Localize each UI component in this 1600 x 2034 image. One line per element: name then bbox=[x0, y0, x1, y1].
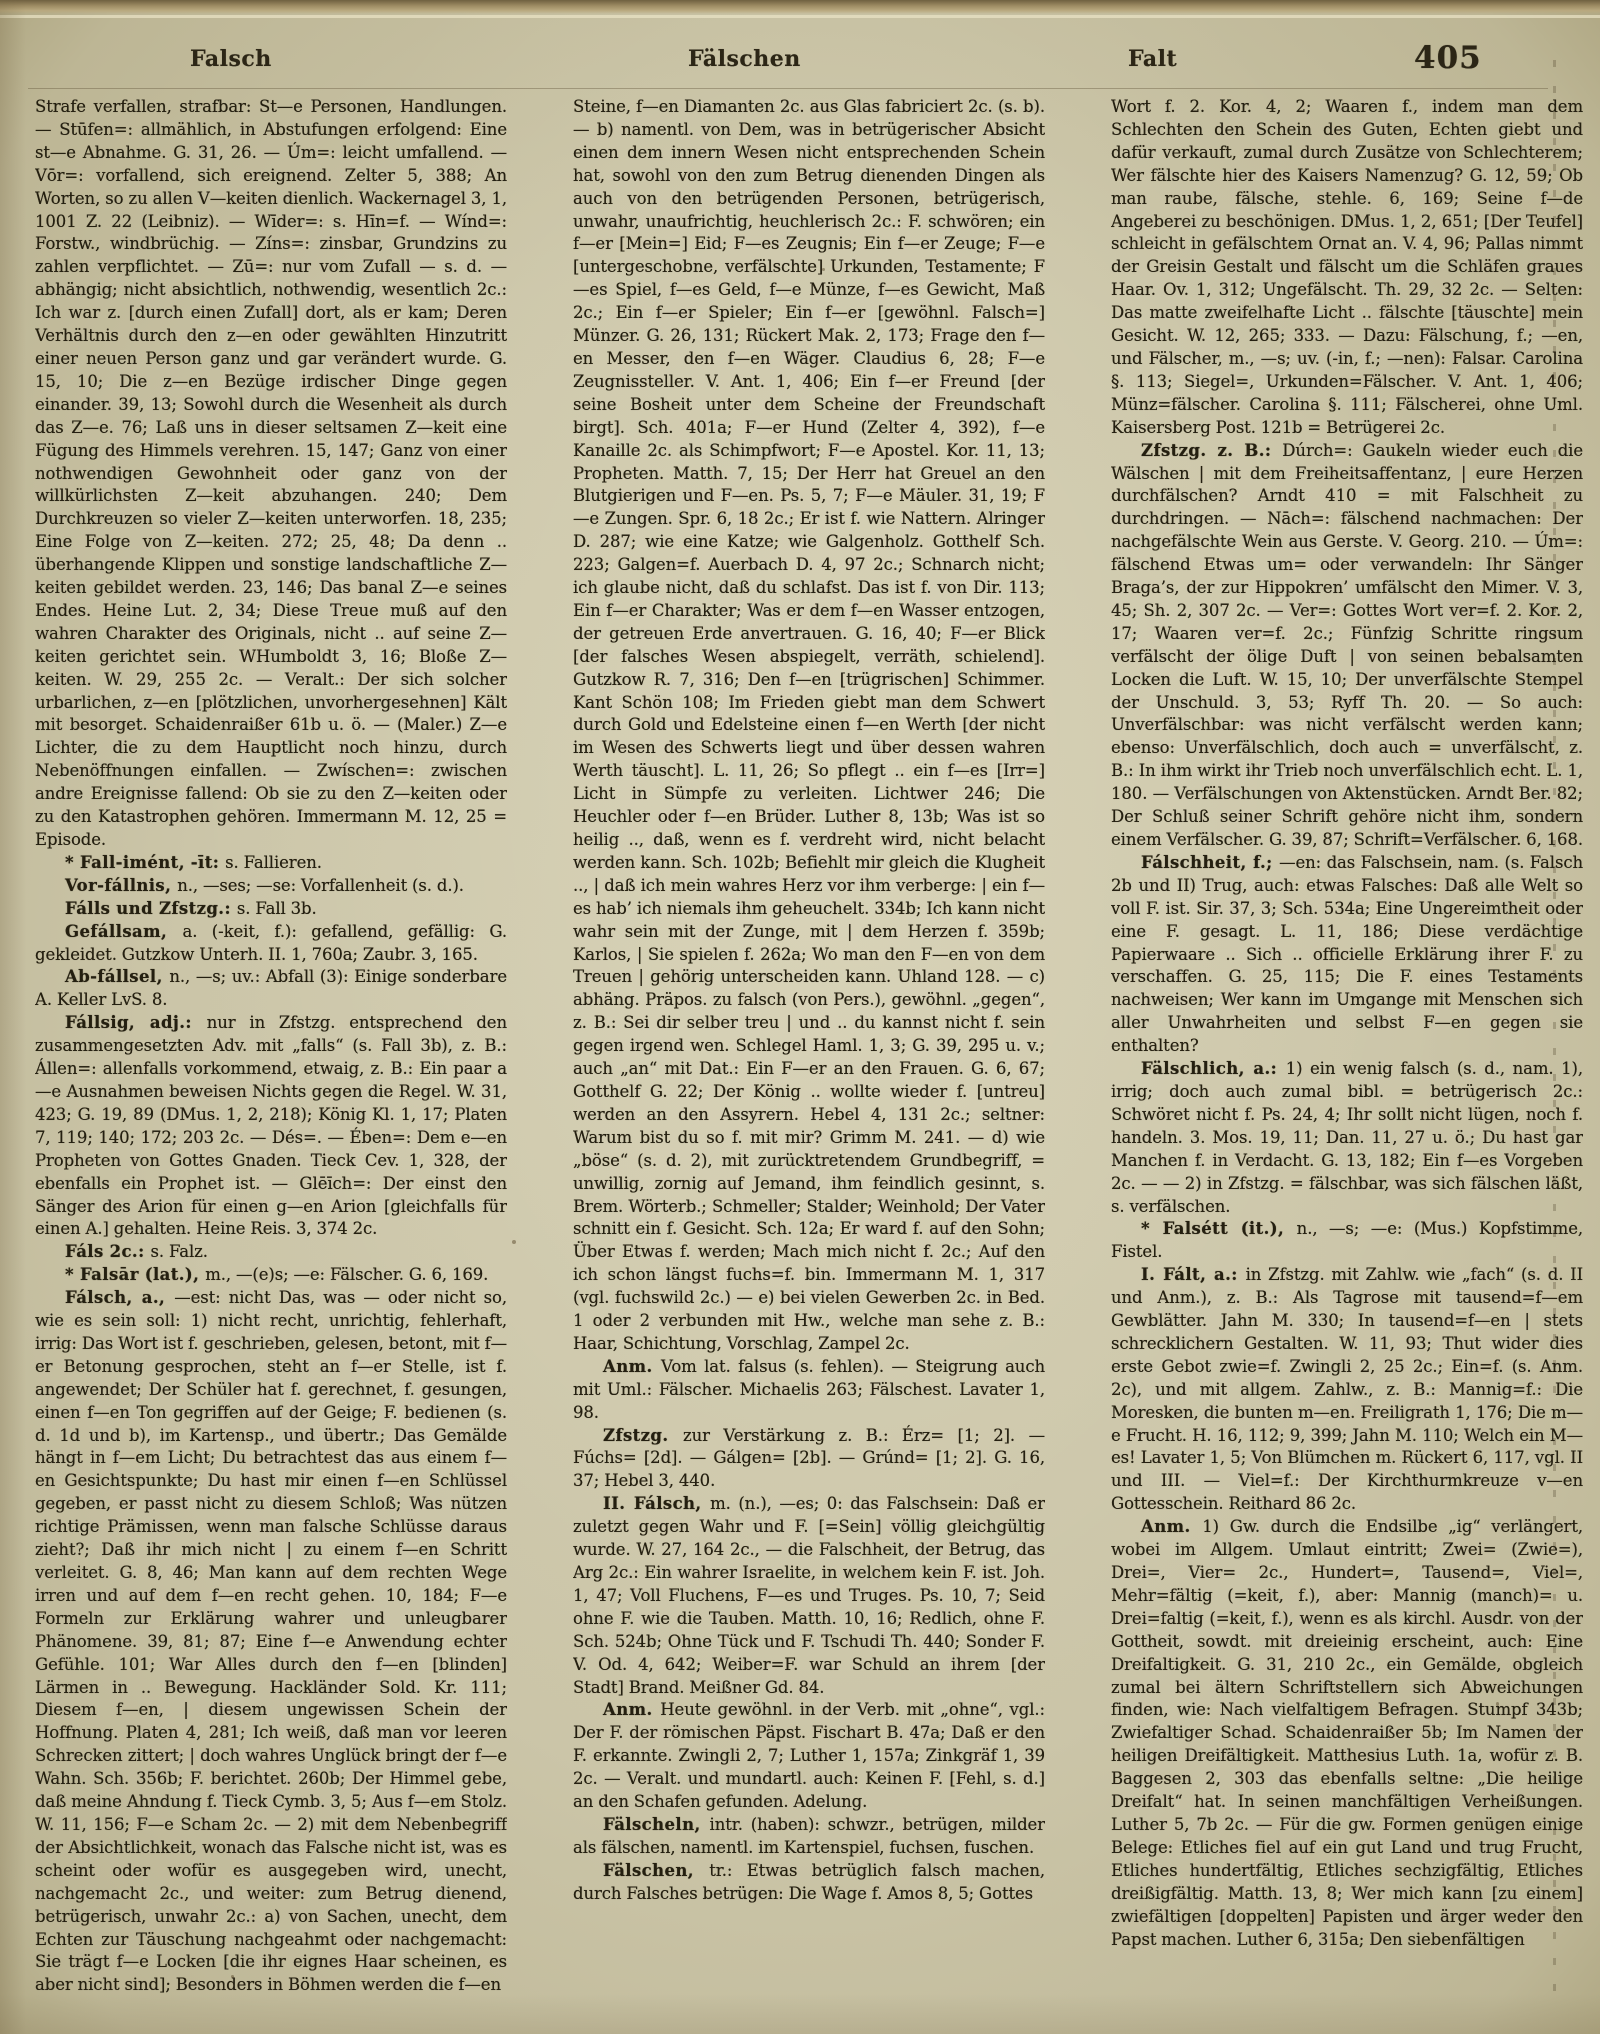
text-paragraph: Steine, f—en Diamanten 2c. aus Glas fabr… bbox=[573, 96, 1045, 1356]
dictionary-entry: II. Fálsch, m. (n.), —es; 0: das Falschs… bbox=[573, 1493, 1045, 1699]
entry-headword: Fälscheln, bbox=[603, 1815, 710, 1834]
entry-headword: Fálsch, a., bbox=[65, 1288, 174, 1307]
entry-headword: Zfstzg. bbox=[603, 1426, 683, 1445]
dictionary-entry: Fälschlich, a.: 1) ein wenig falsch (s. … bbox=[1111, 1058, 1583, 1218]
dictionary-entry: Gefállsam, a. (-keit, f.): gefallend, ge… bbox=[35, 921, 507, 967]
entry-headword: Gefállsam, bbox=[65, 922, 183, 941]
text-column-1: Strafe verfallen, strafbar: St—e Persone… bbox=[35, 96, 507, 2006]
entry-headword: Anm. bbox=[603, 1357, 661, 1376]
dictionary-entry: Fállsig, adj.: nur in Zfstzg. entspreche… bbox=[35, 1012, 507, 1241]
text-paragraph: Strafe verfallen, strafbar: St—e Persone… bbox=[35, 96, 507, 852]
entry-headword: Ab-fállsel, bbox=[65, 967, 169, 986]
dictionary-entry: Fálschheit, f.; —en: das Falschsein, nam… bbox=[1111, 852, 1583, 1058]
dictionary-entry: Ab-fállsel, n., —s; uv.: Abfall (3): Ein… bbox=[35, 966, 507, 1012]
dictionary-entry: Fälschen, tr.: Etwas betrüglich falsch m… bbox=[573, 1860, 1045, 1906]
paper-speck bbox=[231, 1975, 234, 1978]
dictionary-entry: * Falsétt (it.), n., —s; —e: (Mus.) Kopf… bbox=[1111, 1218, 1583, 1264]
paper-speck bbox=[512, 1240, 516, 1244]
paper-crease bbox=[0, 15, 1600, 18]
scan-top-edge bbox=[0, 0, 1600, 14]
entry-headword: Anm. bbox=[1141, 1517, 1202, 1536]
paper-speck bbox=[1496, 1702, 1499, 1706]
paper-speck bbox=[822, 268, 825, 271]
page-left-shadow bbox=[0, 0, 26, 2034]
dictionary-entry: Fälscheln, intr. (haben): schwzr., betrü… bbox=[573, 1814, 1045, 1860]
page-number: 405 bbox=[1414, 40, 1482, 76]
running-head: Falsch Fälschen Falt 405 bbox=[0, 46, 1600, 80]
dictionary-entry: Anm. 1) Gw. durch die Endsilbe „ig“ verl… bbox=[1111, 1516, 1583, 1951]
running-head-keyword-left: Falsch bbox=[190, 46, 272, 72]
header-rule bbox=[28, 88, 1548, 89]
entry-headword: Fälschen, bbox=[603, 1861, 709, 1880]
page-body: Strafe verfallen, strafbar: St—e Persone… bbox=[35, 96, 1583, 2006]
dictionary-entry: Vor-fállnis, n., —ses; —se: Vorfallenhei… bbox=[35, 875, 507, 898]
dictionary-entry: Zfstzg. z. B.: Dúrch=: Gaukeln wieder eu… bbox=[1111, 440, 1583, 852]
dictionary-entry: Fálls und Zfstzg.: s. Fall 3b. bbox=[35, 898, 507, 921]
dictionary-entry: Zfstzg. zur Verstärkung z. B.: Érz= [1; … bbox=[573, 1425, 1045, 1494]
dictionary-entry: I. Fált, a.: in Zfstzg. mit Zahlw. wie „… bbox=[1111, 1264, 1583, 1516]
running-head-keyword-right: Falt bbox=[1128, 46, 1177, 72]
dictionary-entry: * Falsār (lat.), m., —(e)s; —e: Fälscher… bbox=[35, 1264, 507, 1287]
dictionary-entry: Fálsch, a., —est: nicht Das, was — oder … bbox=[35, 1287, 507, 1997]
entry-headword: Zfstzg. z. B.: bbox=[1141, 441, 1282, 460]
entry-headword: Anm. bbox=[603, 1700, 660, 1719]
scanned-dictionary-page: { "page": { "number": "405", "header": {… bbox=[0, 0, 1600, 2034]
entry-headword: Fálls und Zfstzg.: bbox=[65, 899, 237, 918]
text-paragraph: Wort f. 2. Kor. 4, 2; Waaren f., indem m… bbox=[1111, 96, 1583, 440]
entry-headword: I. Fált, a.: bbox=[1141, 1265, 1246, 1284]
text-column-2: Steine, f—en Diamanten 2c. aus Glas fabr… bbox=[573, 96, 1045, 2006]
running-head-keyword-center: Fälschen bbox=[688, 46, 801, 72]
entry-headword: Fälschlich, a.: bbox=[1141, 1059, 1286, 1078]
dictionary-entry: Anm. Vom lat. falsus (s. fehlen). — Stei… bbox=[573, 1356, 1045, 1425]
entry-headword: Vor-fállnis, bbox=[65, 876, 177, 895]
entry-headword: * Falsār (lat.), bbox=[65, 1265, 205, 1284]
dictionary-entry: Anm. Heute gewöhnl. in der Verb. mit „oh… bbox=[573, 1699, 1045, 1814]
entry-headword: II. Fálsch, bbox=[603, 1494, 710, 1513]
text-column-3: Wort f. 2. Kor. 4, 2; Waaren f., indem m… bbox=[1111, 96, 1583, 2006]
entry-headword: Fállsig, adj.: bbox=[65, 1013, 207, 1032]
entry-headword: * Fall-imént, -īt: bbox=[65, 853, 225, 872]
entry-headword: Fáls 2c.: bbox=[65, 1242, 151, 1261]
dictionary-entry: Fáls 2c.: s. Falz. bbox=[35, 1241, 507, 1264]
entry-headword: * Falsétt (it.), bbox=[1141, 1219, 1297, 1238]
dictionary-entry: * Fall-imént, -īt: s. Fallieren. bbox=[35, 852, 507, 875]
entry-headword: Fálschheit, f.; bbox=[1141, 853, 1279, 872]
